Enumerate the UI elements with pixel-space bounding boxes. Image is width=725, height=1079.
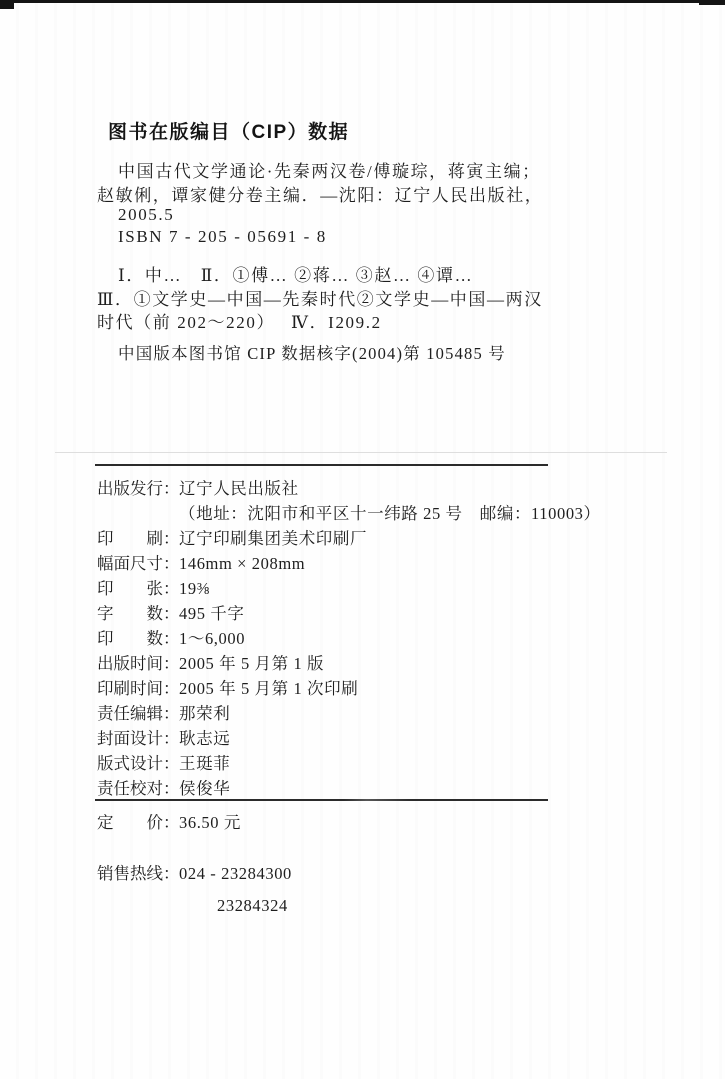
row-value: 王珽菲 (179, 754, 230, 773)
row-value: 那荣利 (179, 704, 230, 723)
price-label: 定 价： (97, 810, 180, 835)
cip-subject-line-2: Ⅲ．①文学史—中国—先秦时代②文学史—中国—两汉 (97, 285, 543, 310)
row-value: 辽宁人民出版社 (179, 479, 299, 498)
scan-top-right-artifact (699, 0, 725, 5)
row-value: 146mm × 208mm (179, 554, 305, 573)
price-row: 定 价：36.50 元 (97, 810, 649, 835)
cip-heading: 图书在版编目（CIP）数据 (108, 117, 349, 144)
cip-entry-line-1: 中国古代文学通论·先秦两汉卷/傅璇琮，蒋寅主编； (118, 157, 541, 182)
colophon-row-pubdate: 出版时间：2005 年 5 月第 1 版 (97, 651, 567, 676)
cip-entry-year: 2005.5 (118, 205, 174, 225)
row-label: 出版发行： (97, 476, 180, 501)
cip-entry-line-2: 赵敏俐，谭家健分卷主编．—沈阳：辽宁人民出版社， (97, 181, 543, 206)
row-label: 字 数： (97, 601, 180, 626)
colophon-row-proofreader: 责任校对：侯俊华 (97, 776, 567, 801)
colophon-row-coverdesign: 封面设计：耿志远 (97, 726, 567, 751)
isbn-line: ISBN 7 - 205 - 05691 - 8 (118, 227, 327, 247)
colophon-block: 出版发行：辽宁人民出版社 （地址：沈阳市和平区十一纬路 25 号 邮编：1100… (97, 476, 567, 801)
row-label: 印 数： (97, 626, 180, 651)
row-value: 辽宁印刷集团美术印刷厂 (179, 529, 367, 548)
cip-registry-number: 中国版本图书馆 CIP 数据核字(2004)第 105485 号 (118, 340, 506, 364)
row-label: 印 刷： (97, 526, 180, 551)
row-value: 2005 年 5 月第 1 版 (179, 654, 324, 673)
colophon-row-wordcount: 字 数：495 千字 (97, 601, 567, 626)
cip-subject-line-3: 时代（前 202～220） Ⅳ．I209.2 (97, 308, 382, 333)
row-value: 1～6,000 (179, 629, 245, 648)
row-label: 封面设计： (97, 726, 180, 751)
hotline-label: 销售热线： (97, 861, 180, 886)
row-label: 责任编辑： (97, 701, 180, 726)
row-value: 495 千字 (179, 604, 244, 623)
scan-fold-line-artifact (55, 452, 667, 453)
row-value: 2005 年 5 月第 1 次印刷 (179, 679, 358, 698)
hotline-number-1: 024 - 23284300 (179, 864, 292, 883)
row-value: 侯俊华 (179, 779, 230, 798)
row-value: 19⅜ (179, 579, 210, 598)
row-label: 版式设计： (97, 751, 180, 776)
colophon-row-size: 幅面尺寸：146mm × 208mm (97, 551, 567, 576)
row-value: 耿志远 (179, 729, 230, 748)
row-label: 责任校对： (97, 776, 180, 801)
colophon-row-printdate: 印刷时间：2005 年 5 月第 1 次印刷 (97, 676, 567, 701)
divider-bottom (95, 799, 548, 801)
price-value: 36.50 元 (179, 813, 241, 832)
row-label: 幅面尺寸： (97, 551, 180, 576)
row-label: 印 张： (97, 576, 180, 601)
colophon-row-printer: 印 刷：辽宁印刷集团美术印刷厂 (97, 526, 567, 551)
colophon-row-printrun: 印 数：1～6,000 (97, 626, 567, 651)
cip-subject-line-1: Ⅰ．中… Ⅱ．①傅… ②蒋… ③赵… ④谭… (118, 261, 473, 286)
colophon-row-editor: 责任编辑：那荣利 (97, 701, 567, 726)
sales-hotline-row: 销售热线：024 - 23284300 (97, 861, 649, 886)
colophon-row-publisher: 出版发行：辽宁人民出版社 (97, 476, 567, 501)
scan-top-edge-artifact (0, 0, 725, 3)
colophon-row-sheets: 印 张：19⅜ (97, 576, 567, 601)
divider-top (95, 464, 548, 466)
row-label: 出版时间： (97, 651, 180, 676)
row-value: （地址：沈阳市和平区十一纬路 25 号 邮编：110003） (179, 504, 601, 523)
hotline-number-2: 23284324 (217, 896, 288, 916)
book-copyright-page: 图书在版编目（CIP）数据 中国古代文学通论·先秦两汉卷/傅璇琮，蒋寅主编； 赵… (0, 0, 725, 1079)
scan-top-left-artifact (0, 0, 14, 9)
colophon-row-address: （地址：沈阳市和平区十一纬路 25 号 邮编：110003） (97, 501, 567, 526)
colophon-row-layoutdesign: 版式设计：王珽菲 (97, 751, 567, 776)
row-label: 印刷时间： (97, 676, 180, 701)
